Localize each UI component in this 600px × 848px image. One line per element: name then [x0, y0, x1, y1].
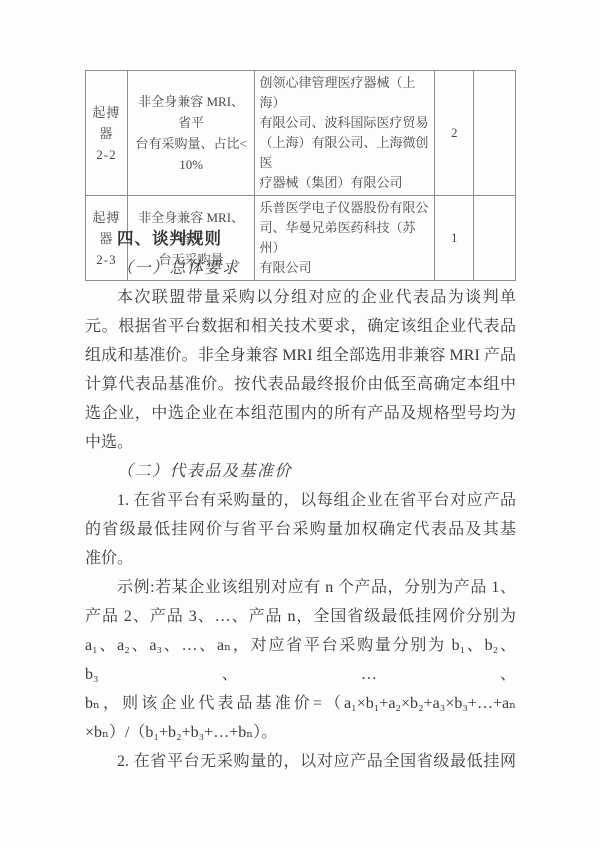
paragraph-line: 2. 在省平台无采购量的，以对应产品全国省级最低挂网 — [85, 747, 516, 776]
document-body: 四、谈判规则 （一）总体要求 本次联盟带量采购以分组对应的企业代表品为谈判单 元… — [85, 225, 516, 776]
paragraph-line: 1. 在省平台有采购量的，以每组企业在省平台对应产品 — [85, 486, 516, 515]
document-page: 起搏 器 2-2 非全身兼容 MRI、省平 台有采购量、占比< 10% 创领心律… — [0, 0, 600, 848]
subsection-heading-2: （二）代表品及基准价 — [85, 457, 516, 486]
paragraph-line: 选企业，中选企业在本组范围内的所有产品及规格型号均为 — [85, 399, 516, 428]
paragraph-line: 的省级最低挂网价与省平台采购量加权确定代表品及其基 — [85, 515, 516, 544]
formula-line: bₙ，则该企业代表品基准价=（a₁×b₁+a₂×b₂+a₃×b₃+…+aₙ — [85, 689, 516, 718]
paragraph-line: 准价。 — [85, 544, 516, 573]
companies-cell: 创领心律管理医疗器械（上海） 有限公司、波科国际医疗贸易 （上海）有限公司、上海… — [255, 71, 435, 196]
paragraph-line: 本次联盟带量采购以分组对应的企业代表品为谈判单 — [85, 283, 516, 312]
count-cell: 2 — [435, 71, 474, 196]
paragraph-line: 计算代表品基准价。按代表品最终报价由低至高确定本组中 — [85, 370, 516, 399]
section-heading: 四、谈判规则 — [85, 225, 516, 254]
empty-cell — [474, 71, 516, 196]
paragraph-line: 中选。 — [85, 428, 516, 457]
formula-line: ×bₙ）/（b₁+b₂+b₃+…+bₙ）。 — [85, 718, 516, 747]
group-id-cell: 起搏 器 2-2 — [86, 71, 128, 196]
paragraph-line: 产品 2、产品 3、…、产品 n，全国省级最低挂网价分别为 — [85, 602, 516, 631]
paragraph-line: 元。根据省平台数据和相关技术要求，确定该组企业代表品 — [85, 312, 516, 341]
paragraph-line: a₁、a₂、a₃、…、aₙ，对应省平台采购量分别为 b₁、b₂、b₃、…、 — [85, 631, 516, 689]
table-row: 起搏 器 2-2 非全身兼容 MRI、省平 台有采购量、占比< 10% 创领心律… — [86, 71, 516, 196]
paragraph-line: 组成和基准价。非全身兼容 MRI 组全部选用非兼容 MRI 产品 — [85, 341, 516, 370]
subsection-heading-1: （一）总体要求 — [85, 254, 516, 283]
criteria-cell: 非全身兼容 MRI、省平 台有采购量、占比< 10% — [127, 71, 255, 196]
paragraph-line: 示例:若某企业该组别对应有 n 个产品，分别为产品 1、 — [85, 573, 516, 602]
